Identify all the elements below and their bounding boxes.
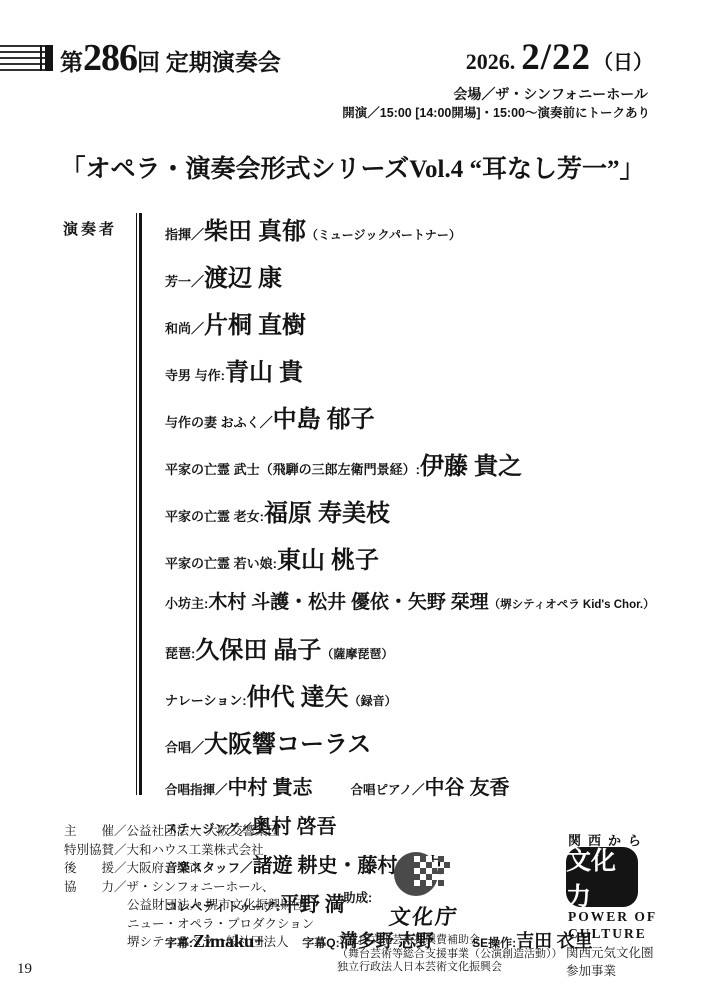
performer-row: 合唱／大阪響コーラス (165, 724, 690, 759)
date-year: 2026. (466, 49, 516, 75)
performer-segment: 小坊主:木村 斗護・松井 優依・矢野 栞理（堺シティオペラ Kid's Chor… (165, 587, 655, 614)
performer-role: 寺男 与作: (165, 365, 225, 384)
credit-text: 公益財団法人 堺市文化振興財団 (127, 898, 305, 912)
performer-name: 伊藤 貴之 (420, 446, 522, 481)
credit-text: 堺シティオペラ一般社団法人 (127, 935, 289, 949)
performer-role: 平家の亡霊 武士（飛騨の三郎左衛門景経）: (165, 459, 420, 478)
credit-separator: ／ (114, 880, 127, 894)
performer-segment: 合唱ピアノ／中谷 友香 (351, 771, 510, 800)
performer-segment: 合唱／大阪響コーラス (165, 724, 371, 759)
credit-role-label: 協力 (64, 878, 114, 897)
grant-line-1: 文化庁文化芸術振興費補助金 (337, 934, 563, 948)
date-monthday: 2/22 (521, 36, 591, 79)
credit-text: ニュー・オペラ・プロダクション (127, 917, 314, 931)
performer-row: 芳一／渡辺 康 (165, 258, 690, 293)
performer-note: （ミュージックパートナー） (306, 226, 461, 243)
performer-segment: 指揮／柴田 真郁（ミュージックパートナー） (165, 211, 461, 246)
credit-line: 特別協賛／大和ハウス工業株式会社 (64, 841, 314, 860)
bunkacho-checker-icon (392, 850, 456, 898)
performers-label: 演奏者 (63, 218, 117, 239)
concert-date: 2026. 2/22 （日） (466, 36, 653, 79)
performer-name: 中谷 友香 (425, 771, 510, 800)
performer-row: 和尚／片桐 直樹 (165, 305, 690, 340)
performer-note: （堺シティオペラ Kid's Chor.） (489, 596, 655, 612)
performer-name: 青山 貴 (225, 352, 303, 387)
performer-row: 小坊主:木村 斗護・松井 優依・矢野 栞理（堺シティオペラ Kid's Chor… (165, 587, 690, 614)
credit-role-label: 特別協賛 (64, 841, 114, 860)
performer-segment: 平家の亡霊 老女:福原 寿美枝 (165, 493, 390, 528)
kansai-participation-note: 関西元気文化圏 参加事業 (566, 945, 654, 980)
performer-role: 指揮／ (165, 224, 204, 243)
credit-text: 大和ハウス工業株式会社 (127, 843, 264, 857)
credit-separator: ／ (114, 843, 127, 857)
grant-line-2: （舞台芸術等総合支援事業（公演創造活動）） (337, 948, 563, 962)
power-line-2: CULTURE (568, 925, 657, 942)
performer-row: 寺男 与作:青山 貴 (165, 352, 690, 387)
performer-name: 片桐 直樹 (204, 305, 306, 340)
vertical-rule (136, 213, 142, 795)
bunkacho-logo: 文化庁 (386, 850, 462, 931)
bunkacho-wordmark: 文化庁 (384, 901, 464, 931)
program-title: 「オペラ・演奏会形式シリーズVol.4 “耳なし芳一”」 (0, 149, 705, 185)
performer-name: 久保田 晶子 (195, 630, 321, 665)
performer-role: 芳一／ (165, 271, 204, 290)
performer-row: 平家の亡霊 武士（飛騨の三郎左衛門景経）:伊藤 貴之 (165, 446, 690, 481)
performer-role: 小坊主: (165, 593, 208, 612)
credits-block: 主催／公益社団法人 大阪交響楽団特別協賛／大和ハウス工業株式会社後援／大阪府、堺… (64, 822, 314, 952)
performer-segment: 寺男 与作:青山 貴 (165, 352, 303, 387)
power-of-culture-caption: POWER OF CULTURE (568, 908, 657, 942)
kansai-note-2: 参加事業 (566, 963, 654, 981)
performer-row: 平家の亡霊 若い娘:東山 桃子 (165, 540, 690, 575)
performer-row: 琵琶:久保田 晶子（薩摩琵琶） (165, 630, 690, 665)
date-weekday: （日） (593, 46, 653, 75)
venue-line: 会場／ザ・シンフォニーホール (453, 84, 648, 104)
credit-line: 後援／大阪府、堺市 (64, 859, 314, 878)
program-page: 第286回 定期演奏会 2026. 2/22 （日） 会場／ザ・シンフォニーホー… (0, 0, 705, 1000)
concert-title-counter: 回 定期演奏会 (137, 50, 281, 75)
performer-name: 木村 斗護・松井 優依・矢野 栞理 (208, 587, 488, 614)
performer-role: 合唱ピアノ／ (351, 780, 425, 798)
performer-row: ナレーション:仲代 達矢（録音） (165, 677, 690, 712)
performer-name: 渡辺 康 (204, 258, 282, 293)
performer-role: 合唱指揮／ (165, 780, 228, 798)
performer-name: 中島 郁子 (273, 399, 375, 434)
performer-role: 与作の妻 おふく／ (165, 412, 273, 431)
performer-segment: 芳一／渡辺 康 (165, 258, 282, 293)
credit-role-label: 主催 (64, 822, 114, 841)
performer-segment: 平家の亡霊 武士（飛騨の三郎左衛門景経）:伊藤 貴之 (165, 446, 522, 481)
concert-title: 第286回 定期演奏会 (60, 36, 281, 80)
grant-lines: 文化庁文化芸術振興費補助金 （舞台芸術等総合支援事業（公演創造活動）） 独立行政… (337, 934, 563, 975)
credit-line: 協力／ザ・シンフォニーホール、 (64, 878, 314, 897)
performer-role: ナレーション: (165, 690, 247, 709)
performer-role: 平家の亡霊 老女: (165, 506, 264, 525)
credit-line: 公益財団法人 堺市文化振興財団 (64, 896, 314, 915)
credit-line: 堺シティオペラ一般社団法人 (64, 933, 314, 952)
concert-title-prefix: 第 (60, 50, 83, 75)
performer-segment: 平家の亡霊 若い娘:東山 桃子 (165, 540, 379, 575)
performer-row: 指揮／柴田 真郁（ミュージックパートナー） (165, 211, 690, 246)
performer-name: 仲代 達矢 (247, 677, 349, 712)
power-of-culture-logo: 文化力 (566, 847, 638, 907)
concert-number: 286 (83, 37, 137, 79)
power-line-1: POWER OF (568, 908, 657, 925)
page-number: 19 (17, 961, 32, 978)
performer-segment: 和尚／片桐 直樹 (165, 305, 306, 340)
performer-row: 平家の亡霊 老女:福原 寿美枝 (165, 493, 690, 528)
performer-segment: 与作の妻 おふく／中島 郁子 (165, 399, 375, 434)
performer-role: 平家の亡霊 若い娘: (165, 553, 277, 572)
credit-text: ザ・シンフォニーホール、 (127, 880, 275, 894)
credit-text: 公益社団法人 大阪交響楽団 (127, 824, 280, 838)
performer-segment: 合唱指揮／中村 貴志 (165, 771, 313, 800)
performer-segment: 琵琶:久保田 晶子（薩摩琵琶） (165, 630, 393, 665)
start-time-line: 開演／15:00 [14:00開場]・15:00～演奏前にトークあり (342, 103, 650, 121)
performer-note: （薩摩琵琶） (321, 645, 393, 662)
performer-role: 合唱／ (165, 737, 204, 756)
credit-role-label: 後援 (64, 859, 114, 878)
credit-separator: ／ (114, 861, 127, 875)
performer-name: 東山 桃子 (277, 540, 379, 575)
music-staff-icon (0, 44, 56, 72)
performer-role: 和尚／ (165, 318, 204, 337)
performer-role: 琵琶: (165, 643, 195, 662)
performer-name: 大阪響コーラス (204, 724, 371, 759)
grant-line-3: 独立行政法人日本芸術文化振興会 (337, 961, 563, 975)
performer-name: 福原 寿美枝 (264, 493, 390, 528)
bunkaryoku-wordmark: 文化力 (566, 841, 638, 913)
performer-row: 合唱指揮／中村 貴志合唱ピアノ／中谷 友香 (165, 771, 690, 800)
grant-label: 助成: (343, 888, 372, 906)
credit-line: ニュー・オペラ・プロダクション (64, 915, 314, 934)
credit-text: 大阪府、堺市 (127, 861, 202, 875)
kansai-note-1: 関西元気文化圏 (566, 945, 654, 963)
credit-separator: ／ (114, 824, 127, 838)
credit-line: 主催／公益社団法人 大阪交響楽団 (64, 822, 314, 841)
performer-segment: ナレーション:仲代 達矢（録音） (165, 677, 397, 712)
performer-name: 中村 貴志 (228, 771, 313, 800)
performer-row: 与作の妻 おふく／中島 郁子 (165, 399, 690, 434)
performer-name: 柴田 真郁 (204, 211, 306, 246)
performer-note: （録音） (349, 692, 397, 709)
